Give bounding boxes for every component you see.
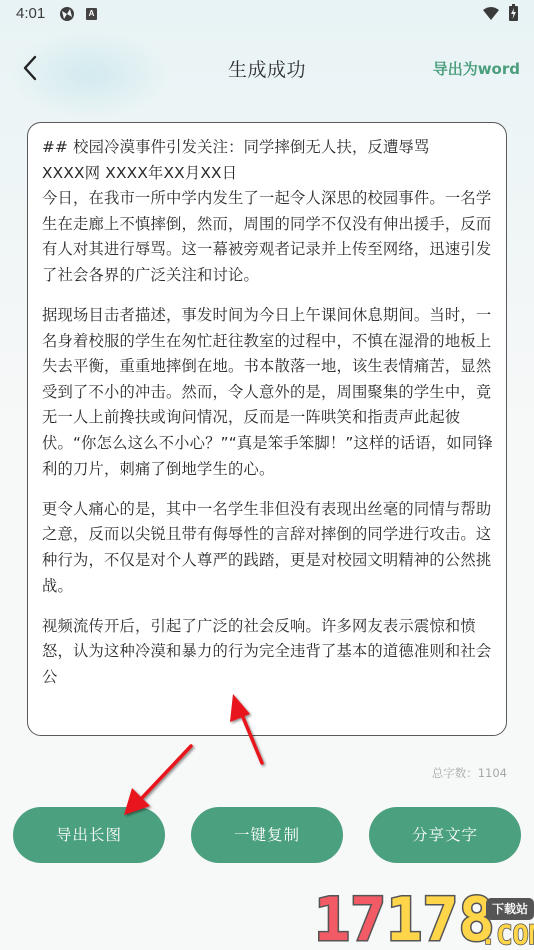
watermark-badge: 下载站 bbox=[486, 898, 534, 920]
watermark-digits-yellow: 178 bbox=[386, 890, 494, 950]
status-bar: 4:01 A bbox=[0, 0, 534, 28]
watermark-digits-red: 17 bbox=[314, 890, 386, 950]
article-paragraph: 据现场目击者描述，事发时间为今日上午课间休息期间。当时，一名身着校服的学生在匆忙… bbox=[42, 303, 494, 482]
article-paragraph: 更令人痛心的是，其中一名学生非但没有表现出丝毫的同情与帮助之意，反而以尖锐且带有… bbox=[42, 497, 494, 599]
wifi-icon bbox=[483, 7, 499, 20]
17178-watermark-logo: 17178 下载站 .COM bbox=[310, 888, 534, 950]
arrow-to-export-button-icon bbox=[124, 746, 191, 815]
word-count-label: 总字数：1104 bbox=[432, 765, 507, 781]
article-paragraph: ## 校园冷漠事件引发关注：同学摔倒无人扶，反遭辱骂 XXXX网 XXXX年XX… bbox=[42, 135, 494, 289]
article-paragraph: 视频流传开后，引起了广泛的社会反响。许多网友表示震惊和愤怒，认为这种冷漠和暴力的… bbox=[42, 614, 494, 691]
share-text-button[interactable]: 分享文字 bbox=[369, 807, 521, 863]
top-app-bar: 生成成功 导出为word bbox=[0, 40, 534, 96]
watermark-domain: .COM bbox=[480, 920, 534, 950]
status-time: 4:01 bbox=[16, 5, 45, 22]
copy-all-button[interactable]: 一键复制 bbox=[191, 807, 343, 863]
action-button-row: 导出长图 一键复制 分享文字 bbox=[0, 807, 534, 863]
battery-charging-icon bbox=[509, 4, 518, 21]
generated-article-card[interactable]: ## 校园冷漠事件引发关注：同学摔倒无人扶，反遭辱骂 XXXX网 XXXX年XX… bbox=[27, 122, 507, 736]
keyboard-a-icon: A bbox=[86, 8, 97, 20]
export-word-button[interactable]: 导出为word bbox=[433, 58, 520, 79]
export-long-image-button[interactable]: 导出长图 bbox=[13, 807, 165, 863]
sync-icon bbox=[59, 6, 75, 22]
